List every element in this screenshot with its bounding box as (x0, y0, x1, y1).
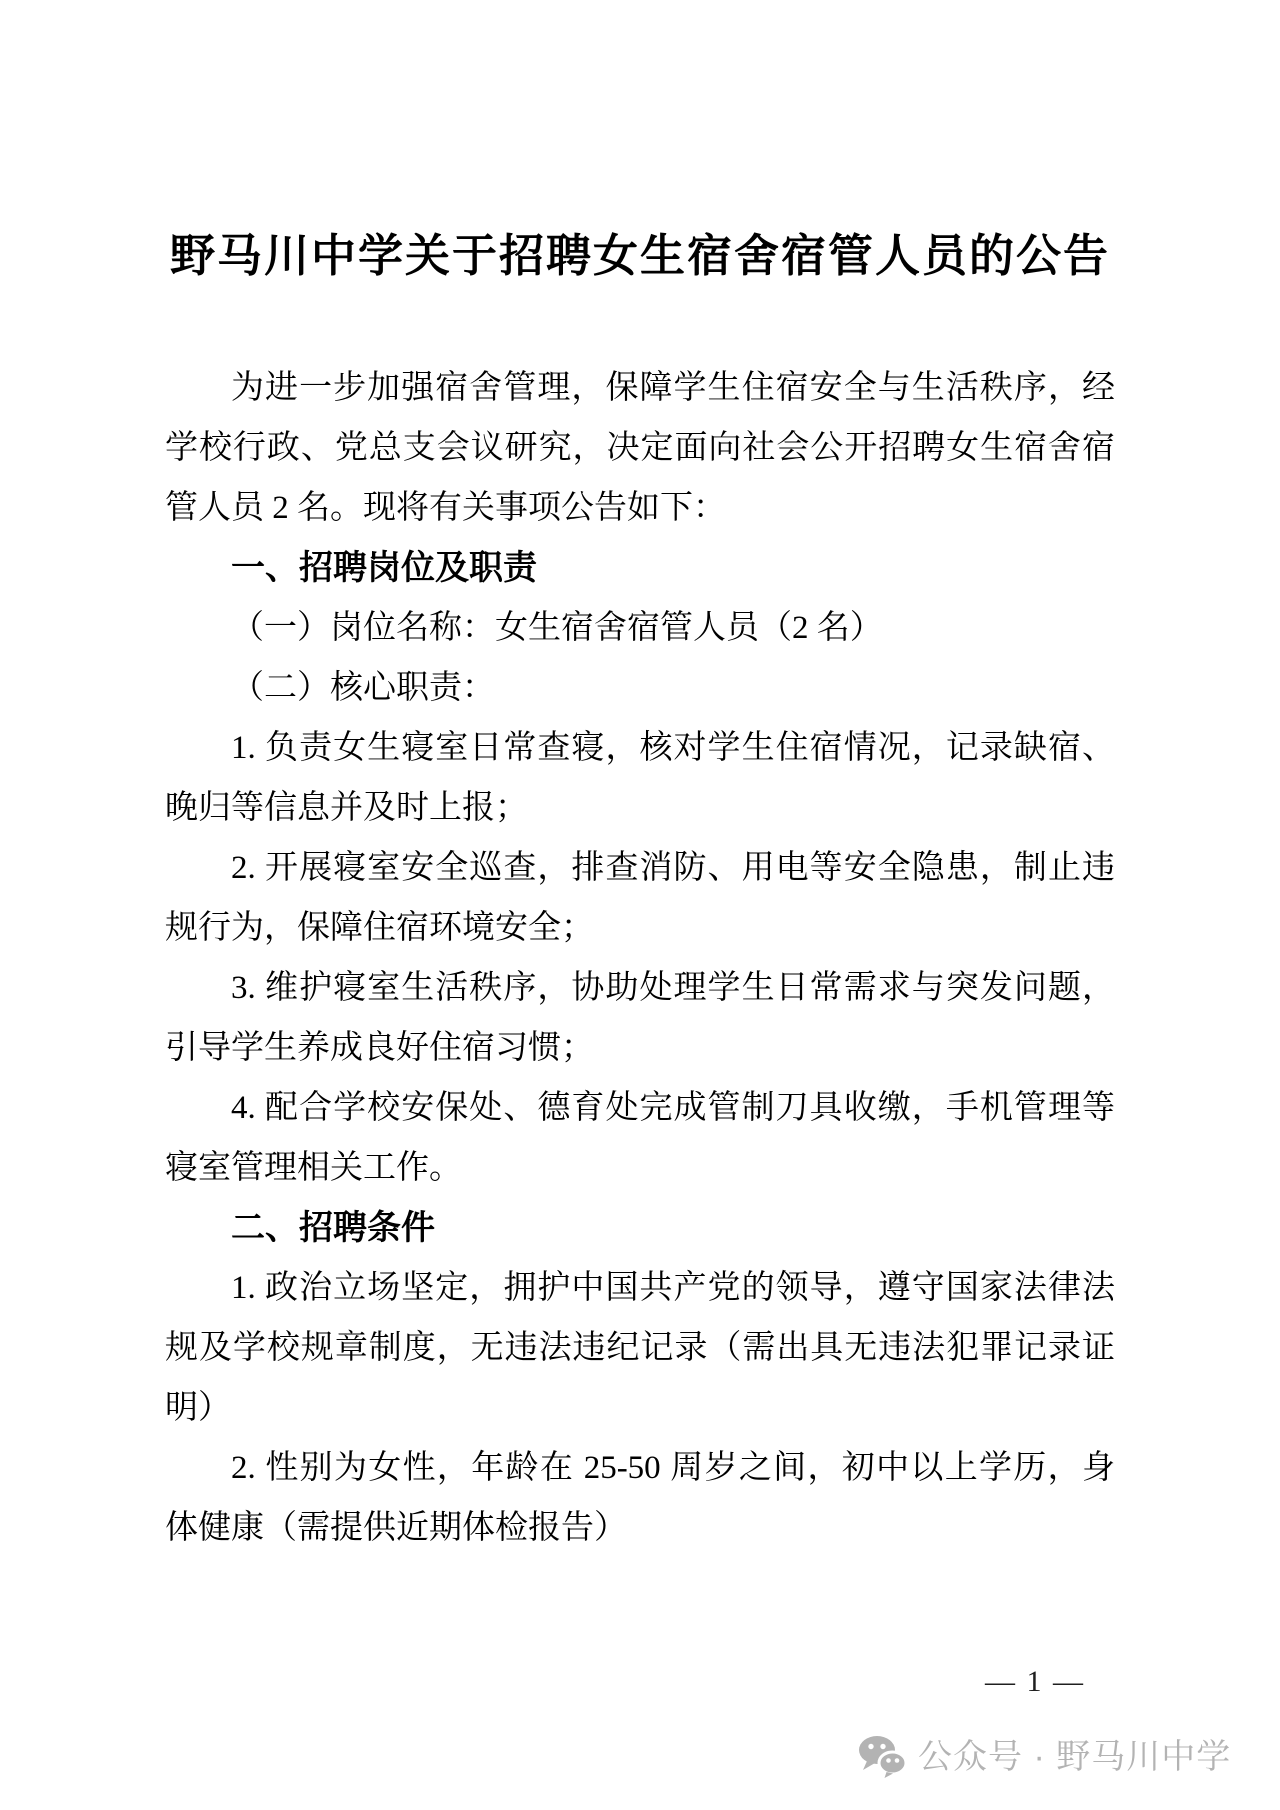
document-body: 为进一步加强宿舍管理，保障学生住宿安全与生活秩序，经学校行政、党总支会议研究，决… (165, 358, 1115, 1558)
page-title: 野马川中学关于招聘女生宿舍宿管人员的公告 (0, 228, 1280, 284)
doc-line: 1. 负责女生寝室日常查寝，核对学生住宿情况，记录缺宿、 (165, 718, 1115, 778)
doc-line: 为进一步加强宿舍管理，保障学生住宿安全与生活秩序，经 (165, 358, 1115, 418)
doc-line: （一）岗位名称：女生宿舍宿管人员（2 名） (165, 598, 1115, 658)
doc-line: 二、招聘条件 (165, 1198, 1115, 1258)
doc-line: 规及学校规章制度，无违法违纪记录（需出具无违法犯罪记录证 (165, 1318, 1115, 1378)
doc-line: 寝室管理相关工作。 (165, 1138, 1115, 1198)
doc-line: 2. 开展寝室安全巡查，排查消防、用电等安全隐患，制止违 (165, 838, 1115, 898)
doc-line: 晚归等信息并及时上报； (165, 778, 1115, 838)
doc-line: 2. 性别为女性，年龄在 25-50 周岁之间，初中以上学历，身 (165, 1438, 1115, 1498)
page-number: — 1 — (985, 1662, 1085, 1702)
doc-line: 体健康（需提供近期体检报告） (165, 1498, 1115, 1558)
document-page: 野马川中学关于招聘女生宿舍宿管人员的公告 为进一步加强宿舍管理，保障学生住宿安全… (0, 0, 1280, 1810)
watermark-footer: 公众号 · 野马川中学 (858, 1733, 1231, 1781)
watermark-text: 公众号 · 野马川中学 (918, 1733, 1231, 1781)
doc-line: （二）核心职责： (165, 658, 1115, 718)
wechat-icon (858, 1735, 906, 1779)
doc-line: 管人员 2 名。现将有关事项公告如下： (165, 478, 1115, 538)
doc-line: 一、招聘岗位及职责 (165, 538, 1115, 598)
doc-line: 1. 政治立场坚定，拥护中国共产党的领导，遵守国家法律法 (165, 1258, 1115, 1318)
doc-line: 引导学生养成良好住宿习惯； (165, 1018, 1115, 1078)
doc-line: 学校行政、党总支会议研究，决定面向社会公开招聘女生宿舍宿 (165, 418, 1115, 478)
doc-line: 4. 配合学校安保处、德育处完成管制刀具收缴，手机管理等 (165, 1078, 1115, 1138)
doc-line: 3. 维护寝室生活秩序，协助处理学生日常需求与突发问题， (165, 958, 1115, 1018)
doc-line: 规行为，保障住宿环境安全； (165, 898, 1115, 958)
doc-line: 明） (165, 1378, 1115, 1438)
